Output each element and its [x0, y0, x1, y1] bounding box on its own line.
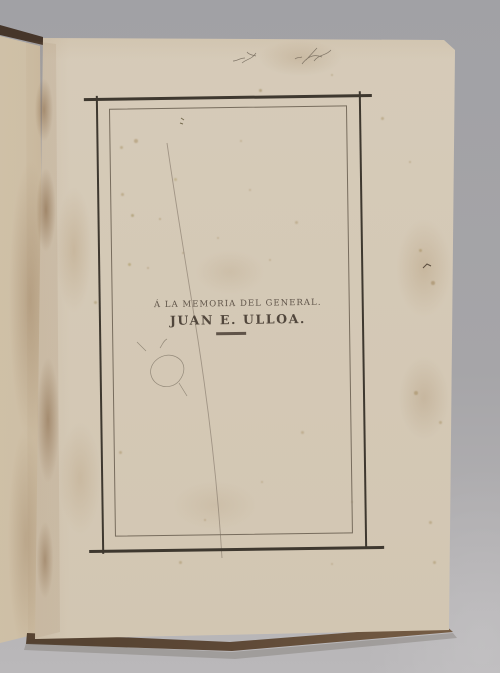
dedication-rule — [216, 332, 246, 335]
ink-speck-mark — [423, 264, 431, 268]
outer-border-top — [84, 94, 372, 101]
pencil-scribble-right — [295, 48, 331, 64]
dedication-line: Á LA MEMORIA DEL GENERAL. — [138, 299, 338, 311]
dedication-block: Á LA MEMORIA DEL GENERAL. JUAN E. ULLOA. — [138, 299, 338, 336]
page-border-frame: Á LA MEMORIA DEL GENERAL. JUAN E. ULLOA. — [83, 90, 385, 556]
photo-of-open-book: Á LA MEMORIA DEL GENERAL. JUAN E. ULLOA. — [0, 0, 500, 673]
dedication-name: JUAN E. ULLOA. — [138, 311, 338, 329]
outer-border-bottom — [89, 545, 384, 552]
outer-border-left — [96, 96, 105, 554]
outer-border-right — [359, 91, 368, 548]
pencil-scribble-left — [233, 52, 256, 63]
